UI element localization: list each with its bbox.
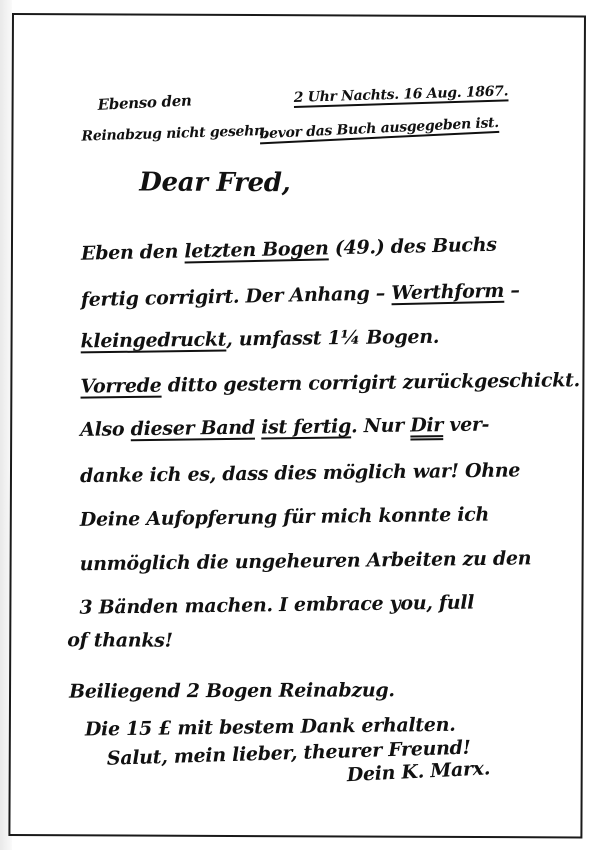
body-line: Also dieser Band ist fertig. Nur Dir ver… bbox=[80, 414, 489, 441]
body-text: (49.) des Buchs bbox=[328, 234, 497, 260]
underlined-text: ist fertig bbox=[261, 415, 351, 438]
letter-page: Ebenso den 2 Uhr Nachts. 16 Aug. 1867. R… bbox=[8, 13, 586, 838]
underlined-text: kleingedruckt bbox=[80, 329, 226, 353]
header-note-underlined: bevor das Buch ausgegeben ist. bbox=[259, 115, 499, 142]
body-text: Deine Aufopferung für mich konnte ich bbox=[80, 504, 489, 531]
body-line: unmöglich die ungeheuren Arbeiten zu den bbox=[79, 547, 531, 575]
underlined-text: Dir bbox=[410, 414, 443, 436]
body-line: Vorrede ditto gestern corrigirt zurückge… bbox=[80, 369, 580, 398]
body-text: danke ich es, dass dies möglich war! Ohn… bbox=[80, 459, 520, 487]
body-line: of thanks! bbox=[67, 629, 172, 651]
body-text: . Nur bbox=[351, 415, 411, 438]
body-text: 3 Bänden machen. I embrace you, full bbox=[79, 592, 474, 619]
body-line: fertig corrigirt. Der Anhang – Werthform… bbox=[81, 279, 520, 311]
body-line: 3 Bänden machen. I embrace you, full bbox=[79, 592, 474, 619]
body-text: Eben den bbox=[81, 240, 185, 264]
underlined-text: dieser Band bbox=[131, 417, 255, 441]
postscript-line: Die 15 £ mit bestem Dank erhalten. bbox=[85, 714, 456, 741]
body-line: kleingedruckt, umfasst 1¼ Bogen. bbox=[80, 326, 439, 353]
body-text: fertig corrigirt. Der Anhang – bbox=[81, 282, 392, 311]
place-date: 2 Uhr Nachts. 16 Aug. 1867. bbox=[293, 83, 508, 106]
body-text: unmöglich die ungeheuren Arbeiten zu den bbox=[79, 547, 531, 575]
body-text: – bbox=[504, 279, 520, 301]
header-note-line2: Reinabzug nicht gesehn, bbox=[81, 123, 268, 145]
body-text: ver- bbox=[443, 414, 489, 437]
greeting: Dear Fred, bbox=[139, 168, 290, 199]
body-line: danke ich es, dass dies möglich war! Ohn… bbox=[80, 459, 520, 487]
body-line: Eben den letzten Bogen (49.) des Buchs bbox=[81, 234, 497, 265]
body-line: Deine Aufopferung für mich konnte ich bbox=[80, 504, 489, 531]
underlined-text: Vorrede bbox=[80, 375, 161, 398]
underlined-text: Werthform bbox=[391, 280, 504, 304]
letter-body: Eben den letzten Bogen (49.) des Buchsfe… bbox=[14, 15, 584, 17]
postscript-line: Beiliegend 2 Bogen Reinabzug. bbox=[69, 679, 395, 702]
body-text: of thanks! bbox=[67, 629, 172, 651]
body-text: , umfasst 1¼ Bogen. bbox=[226, 326, 439, 351]
body-text: ditto gestern corrigirt zurückgeschickt. bbox=[161, 369, 580, 396]
letter-postscript: Beiliegend 2 Bogen Reinabzug.Die 15 £ mi… bbox=[14, 15, 584, 17]
body-text: Also bbox=[80, 418, 131, 441]
header-note-line1: Ebenso den bbox=[97, 91, 192, 113]
underlined-text: letzten Bogen bbox=[184, 237, 329, 262]
